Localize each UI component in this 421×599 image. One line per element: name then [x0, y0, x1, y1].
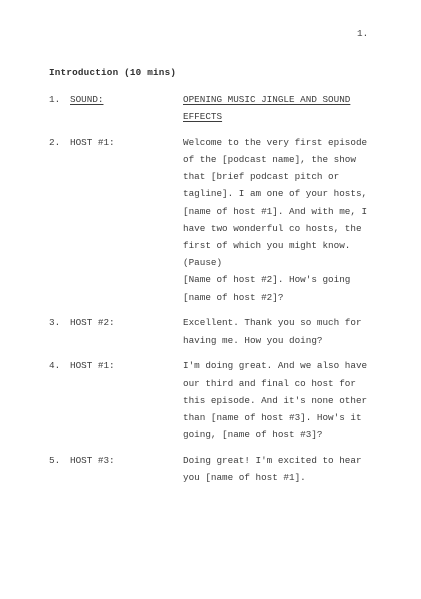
dialogue-line: (Pause)	[183, 254, 389, 271]
speaker-label: HOST #1:	[70, 134, 183, 151]
dialogue-line: than [name of host #3]. How's it	[183, 409, 389, 426]
dialogue-line: tagline]. I am one of your hosts,	[183, 185, 389, 202]
dialogue-block: I'm doing great. And we also have our th…	[183, 357, 389, 443]
dialogue-line: [name of host #2]?	[183, 289, 389, 306]
script-item-2: 2. HOST #1: Welcome to the very first ep…	[49, 134, 389, 306]
dialogue-line: first of which you might know.	[183, 237, 389, 254]
script-item-4: 4. HOST #1: I'm doing great. And we also…	[49, 357, 389, 443]
dialogue-line: that [brief podcast pitch or	[183, 168, 389, 185]
item-number: 2.	[49, 134, 70, 151]
item-number: 3.	[49, 314, 70, 331]
script-item-1: 1. SOUND: OPENING MUSIC JINGLE AND SOUND…	[49, 91, 389, 125]
document-page: 1. Introduction (10 mins) 1. SOUND: OPEN…	[0, 0, 421, 599]
item-number: 5.	[49, 452, 70, 469]
dialogue-line: OPENING MUSIC JINGLE AND SOUND	[183, 91, 389, 108]
page-number: 1.	[357, 28, 368, 40]
section-heading: Introduction (10 mins)	[49, 64, 389, 81]
dialogue-line: you [name of host #1].	[183, 469, 389, 486]
dialogue-line: Excellent. Thank you so much for	[183, 314, 389, 331]
dialogue-line: our third and final co host for	[183, 375, 389, 392]
dialogue-line: EFFECTS	[183, 108, 389, 125]
dialogue-block: Excellent. Thank you so much for having …	[183, 314, 389, 348]
dialogue-line: [name of host #1]. And with me, I	[183, 203, 389, 220]
speaker-label: HOST #1:	[70, 357, 183, 374]
script-item-5: 5. HOST #3: Doing great! I'm excited to …	[49, 452, 389, 486]
script-content: Introduction (10 mins) 1. SOUND: OPENING…	[49, 64, 389, 495]
dialogue-line: [Name of host #2]. How's going	[183, 271, 389, 288]
dialogue-block: OPENING MUSIC JINGLE AND SOUND EFFECTS	[183, 91, 389, 125]
script-item-3: 3. HOST #2: Excellent. Thank you so much…	[49, 314, 389, 348]
dialogue-block: Welcome to the very first episode of the…	[183, 134, 389, 306]
dialogue-line: this episode. And it's none other	[183, 392, 389, 409]
speaker-label: SOUND:	[70, 91, 183, 108]
dialogue-line: having me. How you doing?	[183, 332, 389, 349]
dialogue-line: going, [name of host #3]?	[183, 426, 389, 443]
speaker-label: HOST #2:	[70, 314, 183, 331]
dialogue-line: of the [podcast name], the show	[183, 151, 389, 168]
dialogue-line: have two wonderful co hosts, the	[183, 220, 389, 237]
dialogue-block: Doing great! I'm excited to hear you [na…	[183, 452, 389, 486]
speaker-label: HOST #3:	[70, 452, 183, 469]
item-number: 1.	[49, 91, 70, 108]
dialogue-line: Doing great! I'm excited to hear	[183, 452, 389, 469]
item-number: 4.	[49, 357, 70, 374]
dialogue-line: I'm doing great. And we also have	[183, 357, 389, 374]
dialogue-line: Welcome to the very first episode	[183, 134, 389, 151]
